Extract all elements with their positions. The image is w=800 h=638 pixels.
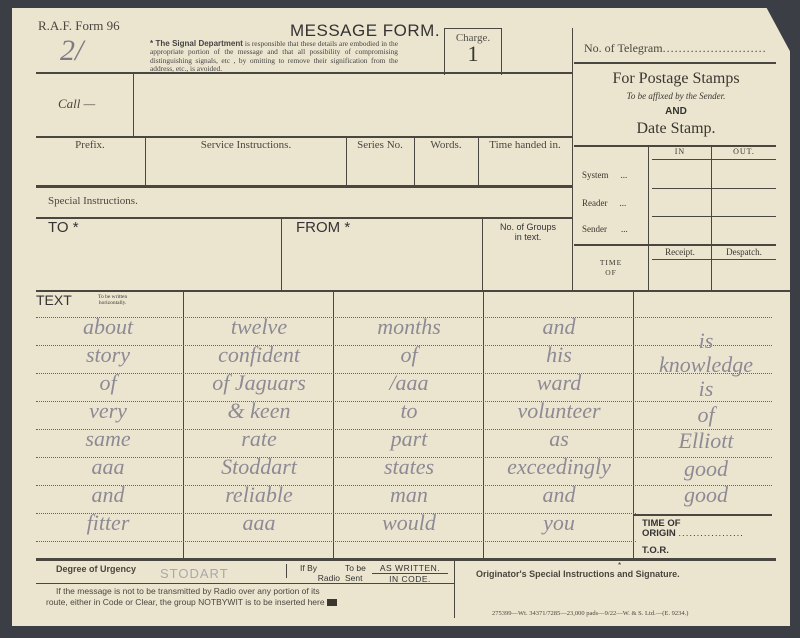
text-word: states — [336, 454, 482, 480]
rule — [36, 136, 572, 138]
time-label-line2: OF — [574, 268, 648, 278]
text-word: fitter — [38, 510, 178, 536]
as-written-option[interactable]: AS WRITTEN. — [372, 563, 448, 574]
rule — [652, 188, 776, 189]
rule — [634, 514, 772, 516]
rule — [652, 216, 776, 217]
text-word: same — [38, 426, 178, 452]
time-label-line1: TIME — [574, 258, 648, 268]
tor-label: T.O.R. — [642, 545, 669, 556]
dotted-line — [36, 541, 636, 542]
text-word: of — [38, 370, 178, 396]
and-label: AND — [574, 106, 778, 117]
text-word: good — [636, 456, 776, 482]
text-word: Elliott — [636, 428, 776, 454]
notbywit-line2: route, either in Code or Clear, the grou… — [46, 597, 325, 607]
time-of-origin-line2: ORIGIN .................. — [642, 529, 744, 539]
divider — [633, 292, 634, 558]
transmission-mode-selector[interactable]: AS WRITTEN. IN CODE. — [372, 563, 448, 584]
charge-box[interactable]: Charge. 1 — [444, 28, 502, 75]
prefix-label: Prefix. — [36, 139, 144, 151]
call-field[interactable] — [136, 74, 570, 134]
text-word: of Jaguars — [186, 370, 332, 396]
text-word: of — [636, 402, 776, 428]
telegram-number-label: No. of Telegram.........................… — [584, 41, 767, 56]
divider — [183, 292, 184, 558]
despatch-label: Despatch. — [712, 247, 776, 257]
rule — [36, 185, 572, 188]
sent-line: Sent — [345, 574, 366, 584]
text-word: reliable — [186, 482, 332, 508]
groups-label-line1: No. of Groups — [483, 222, 573, 232]
reader-text: Reader — [582, 198, 607, 208]
text-word: story — [38, 342, 178, 368]
words-label: Words. — [415, 139, 477, 151]
out-label: OUT. — [712, 147, 776, 156]
stamps-subtitle: To be affixed by the Sender. — [574, 91, 778, 101]
pointing-hand-icon — [327, 599, 337, 606]
text-note-line2: horizontally. — [98, 300, 127, 306]
service-instructions-label: Service Instructions. — [146, 139, 346, 151]
divider — [483, 292, 484, 558]
text-word: months — [336, 314, 482, 340]
urgency-label: Degree of Urgency — [56, 564, 136, 574]
text-word: of — [336, 342, 482, 368]
form-number: R.A.F. Form 96 — [38, 18, 120, 34]
date-stamp-label: Date Stamp. — [574, 120, 778, 138]
postage-stamps-title: For Postage Stamps — [574, 70, 778, 88]
text-word: & keen — [186, 398, 332, 424]
divider — [133, 72, 134, 136]
rule — [36, 583, 454, 584]
originator-label: Originator's Special Instructions and Si… — [476, 569, 680, 579]
text-word: knowledge — [636, 352, 776, 378]
notbywit-instruction: If the message is not to be transmitted … — [46, 586, 456, 608]
text-word: aaa — [186, 510, 332, 536]
form-title: MESSAGE FORM. — [290, 21, 440, 41]
text-word: exceedingly — [486, 454, 632, 480]
divider — [572, 28, 573, 290]
text-word: as — [486, 426, 632, 452]
dots: ... — [621, 170, 628, 180]
handwritten-sheet-number: 2/ — [60, 34, 83, 68]
groups-label: No. of Groups in text. — [483, 222, 573, 242]
from-label: FROM * — [296, 219, 350, 236]
rule — [652, 159, 776, 160]
text-word: very — [38, 398, 178, 424]
rule — [36, 558, 776, 561]
in-label: IN — [649, 147, 711, 156]
text-word: his — [486, 342, 632, 368]
divider — [648, 145, 649, 290]
rule — [574, 62, 776, 64]
text-word: and — [486, 482, 632, 508]
sender-text: Sender — [582, 224, 607, 234]
dots: ... — [621, 224, 628, 234]
text-word: part — [336, 426, 482, 452]
time-handed-in-label: Time handed in. — [479, 139, 571, 151]
radio-line: Radio — [290, 574, 340, 584]
text-word: and — [486, 314, 632, 340]
call-label: Call — — [58, 96, 95, 112]
to-be-sent-label: To be Sent — [345, 564, 366, 583]
text-word: aaa — [38, 454, 178, 480]
to-field[interactable] — [36, 238, 280, 288]
reader-label: Reader... — [582, 198, 626, 208]
text-word: rate — [186, 426, 332, 452]
text-word: twelve — [186, 314, 332, 340]
text-word: is — [636, 376, 776, 402]
text-word: to — [336, 398, 482, 424]
text-word: confident — [186, 342, 332, 368]
text-word: would — [336, 510, 482, 536]
dots: ... — [619, 198, 626, 208]
system-label: System... — [582, 170, 627, 180]
text-word: good — [636, 482, 776, 508]
urgency-handwritten[interactable]: STODART — [160, 566, 229, 581]
time-of-origin-label: TIME OF ORIGIN .................. — [642, 519, 744, 539]
text-word: you — [486, 510, 632, 536]
divider — [281, 218, 282, 290]
signal-department-notice: * The Signal Department is responsible t… — [150, 40, 398, 74]
rule — [574, 244, 776, 246]
divider — [333, 292, 334, 558]
origin-text: ORIGIN — [642, 528, 676, 539]
from-field[interactable] — [284, 238, 480, 288]
text-note: To be written horizontally. — [98, 294, 127, 306]
text-word: volunteer — [486, 398, 632, 424]
text-word: and — [38, 482, 178, 508]
receipt-label: Receipt. — [649, 247, 711, 257]
special-instructions-label: Special Instructions. — [48, 195, 138, 207]
message-form-paper: R.A.F. Form 96 2/ MESSAGE FORM. * The Si… — [12, 8, 790, 626]
series-no-label: Series No. — [347, 139, 413, 151]
divider — [286, 564, 287, 578]
system-text: System — [582, 170, 609, 180]
text-word: is — [636, 328, 776, 354]
rule — [652, 259, 776, 260]
divider — [711, 145, 712, 290]
to-label: TO * — [48, 219, 79, 236]
time-of-label: TIME OF — [574, 258, 648, 278]
sender-label: Sender... — [582, 224, 628, 234]
rule — [36, 290, 790, 292]
text-word: about — [38, 314, 178, 340]
if-by-radio-label: If By Radio — [290, 564, 340, 583]
notbywit-line1: If the message is not to be transmitted … — [46, 586, 456, 597]
text-word: /aaa — [336, 370, 482, 396]
printer-imprint: 275399—Wt. 34371/7285—23,000 pads—9/22—W… — [492, 610, 688, 617]
charge-value: 1 — [445, 44, 501, 64]
text-word: ward — [486, 370, 632, 396]
telegram-label-text: No. of Telegram — [584, 41, 663, 55]
text-word: man — [336, 482, 482, 508]
text-label: TEXT — [36, 292, 72, 308]
text-word: Stoddart — [186, 454, 332, 480]
originator-signature-field[interactable] — [458, 582, 774, 606]
notbywit-line2-wrap: route, either in Code or Clear, the grou… — [46, 597, 456, 608]
groups-label-line2: in text. — [483, 232, 573, 242]
